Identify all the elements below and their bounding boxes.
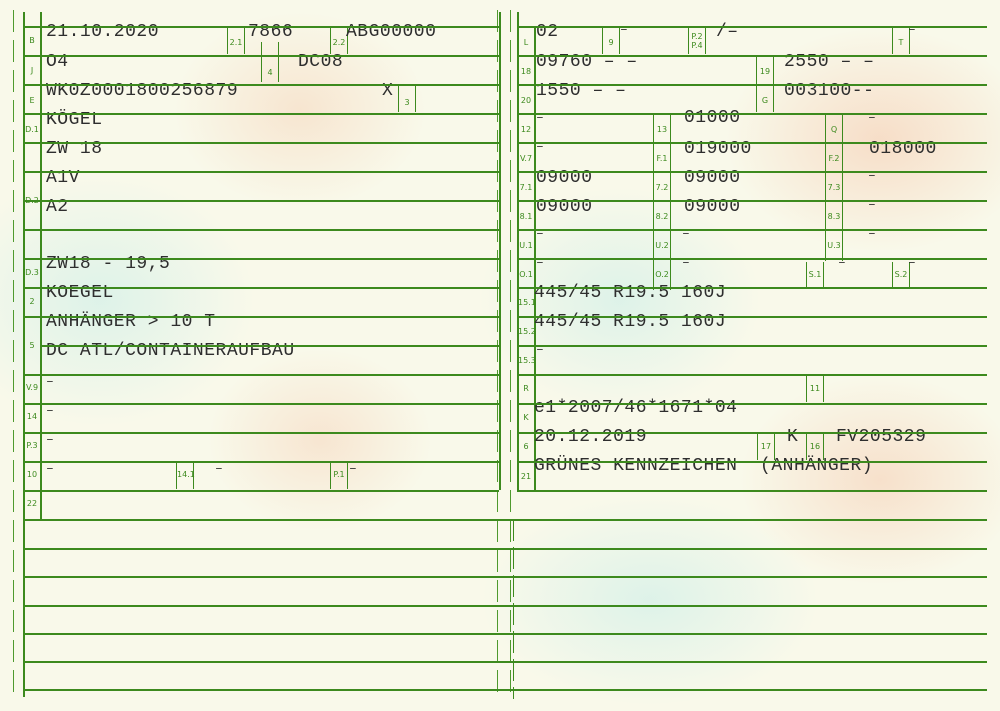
grid-line-left-8	[23, 258, 499, 260]
grid-line-right-14	[517, 432, 987, 434]
field-s1-value: –	[838, 253, 846, 273]
grid-line-left-13	[23, 432, 499, 434]
field-u2-value: –	[682, 224, 690, 244]
field-label-u2: U.2	[654, 241, 670, 250]
field-label-7-2: 7.2	[655, 183, 669, 192]
field-9-value: –	[620, 20, 628, 40]
grid-line-right-3	[517, 113, 987, 115]
field-label-d3: D.3	[24, 268, 40, 277]
field-label-v9: V.9	[24, 383, 40, 392]
field-label-22: 22	[25, 499, 39, 508]
field-k-type-approval: e1*2007/46*1671*04	[534, 398, 737, 418]
grid-line-left-14	[23, 461, 499, 463]
field-5-line-2: DC ATL/CONTAINERAUFBAU	[46, 341, 295, 361]
grid-line-right-8	[517, 258, 987, 260]
field-13-value: 01000	[684, 108, 741, 128]
field-label-2-2: 2.2	[332, 38, 346, 47]
field-v7-value: –	[536, 137, 544, 157]
field-17-value: K	[787, 427, 798, 447]
field-d3-commercial-name: ZW18 - 19,5	[46, 254, 170, 274]
grid-line-left-4	[23, 142, 499, 144]
field-label-12: 12	[519, 125, 533, 134]
grid-line-right-11	[517, 345, 987, 347]
frame-center-left	[499, 12, 501, 490]
field-label-f2: F.2	[827, 154, 841, 163]
grid-line-right-13	[517, 403, 987, 405]
grid-line-left-12	[23, 403, 499, 405]
field-label-10: 10	[25, 470, 39, 479]
field-t-value: –	[908, 20, 916, 40]
field-label-5: 5	[25, 341, 39, 350]
field-label-20: 20	[519, 96, 533, 105]
grid-line-left-11	[23, 374, 499, 376]
field-16-document-number: FV205329	[836, 427, 926, 447]
field-label-15-2: 15.2	[518, 327, 534, 336]
grid-line-bottom-1	[23, 548, 987, 550]
grid-line-bottom-4	[23, 633, 987, 635]
field-label-g: G	[758, 96, 772, 105]
grid-line-bottom-5	[23, 661, 987, 663]
grid-line-bottom-0	[23, 519, 987, 521]
field-label-4: 4	[263, 68, 277, 77]
field-label-d1: D.1	[24, 125, 40, 134]
bottom-center-divider	[513, 519, 514, 699]
field-label-21: 21	[519, 472, 533, 481]
field-o1-value: –	[536, 253, 544, 273]
field-b-first-registration-date: 21.10.2020	[46, 22, 159, 42]
field-label-j: J	[25, 66, 39, 75]
field-6-date: 20.12.2019	[534, 427, 647, 447]
grid-line-right-6	[517, 200, 987, 202]
left-margin-dash	[13, 10, 14, 700]
field-label-15-1: 15.1	[518, 298, 534, 307]
grid-line-right-2	[517, 84, 987, 86]
grid-line-right-12	[517, 374, 987, 376]
registration-document: B 21.10.2020 2.1 7866 2.2 ABG00000 J O4 …	[0, 0, 1000, 711]
grid-line-left-15	[23, 490, 499, 492]
field-15-3-value: –	[536, 340, 544, 360]
field-label-k: K	[519, 413, 533, 422]
field-o2-value: –	[682, 253, 690, 273]
field-label-u3: U.3	[826, 241, 842, 250]
field-l-axles: 02	[536, 22, 559, 42]
field-2-manufacturer: KOEGEL	[46, 283, 114, 303]
grid-line-left-1	[23, 55, 499, 57]
field-12-value: –	[536, 108, 544, 128]
field-label-u1: U.1	[518, 241, 534, 250]
field-label-6: 6	[519, 442, 533, 451]
field-label-8-1: 8.1	[518, 212, 534, 221]
field-u3-value: –	[868, 224, 876, 244]
field-p2-p4-value: /–	[716, 22, 739, 42]
field-label-8-2: 8.2	[655, 212, 669, 221]
field-label-11: 11	[808, 384, 822, 393]
field-label-o1: O.1	[518, 270, 534, 279]
grid-line-left-10	[23, 316, 499, 318]
field-label-7-1: 7.1	[518, 183, 534, 192]
field-label-b: B	[25, 36, 39, 45]
field-label-l: L	[519, 38, 533, 47]
grid-line-left-9	[23, 287, 499, 289]
field-2-1-manufacturer-code: 7866	[248, 22, 293, 42]
grid-line-left-7	[23, 229, 499, 231]
grid-line-left-3	[23, 113, 499, 115]
field-5-line-1: ANHÄNGER > 10 T	[46, 312, 216, 332]
grid-line-right-0	[517, 26, 987, 28]
grid-line-bottom-3	[23, 605, 987, 607]
field-q-value: –	[868, 108, 876, 128]
field-label-2-1: 2.1	[229, 38, 243, 47]
label-column-left	[40, 12, 42, 519]
grid-line-right-10	[517, 316, 987, 318]
field-7-3-value: –	[868, 166, 876, 186]
field-label-2: 2	[25, 297, 39, 306]
center-fold-dash-right	[510, 10, 511, 700]
field-15-2-tyres: 445/45 R19.5 160J	[534, 312, 726, 332]
field-label-18: 18	[519, 67, 533, 76]
field-label-3: 3	[400, 98, 414, 107]
field-label-14: 14	[25, 412, 39, 421]
grid-line-right-9	[517, 287, 987, 289]
field-label-q: Q	[827, 125, 841, 134]
field-15-1-tyres: 445/45 R19.5 160J	[534, 283, 726, 303]
grid-line-bottom-6	[23, 689, 987, 691]
field-label-p1: P.1	[331, 470, 347, 479]
field-label-r: R	[519, 384, 533, 393]
grid-line-bottom-2	[23, 576, 987, 578]
field-label-s1: S.1	[807, 270, 823, 279]
field-u1-value: –	[536, 224, 544, 244]
field-8-3-value: –	[868, 195, 876, 215]
grid-line-right-7	[517, 229, 987, 231]
field-label-p4: P.4	[689, 41, 705, 50]
field-21-remarks: GRÜNES KENNZEICHEN (ANHÄNGER)	[534, 456, 873, 476]
field-label-9: 9	[604, 38, 618, 47]
field-label-e: E	[25, 96, 39, 105]
grid-line-left-0	[23, 26, 499, 28]
grid-line-right-4	[517, 142, 987, 144]
grid-line-right-5	[517, 171, 987, 173]
field-2-2-type-code: ABG00000	[346, 22, 436, 42]
grid-line-left-6	[23, 200, 499, 202]
field-label-17: 17	[759, 442, 773, 451]
field-label-p2: P.2	[689, 32, 705, 41]
grid-line-right-1	[517, 55, 987, 57]
grid-line-left-5-sep	[40, 345, 499, 347]
field-s2-value: –	[908, 253, 916, 273]
grid-line-right-16	[517, 490, 987, 492]
grid-line-left-2	[23, 84, 499, 86]
field-label-15-3: 15.3	[518, 356, 534, 365]
field-label-7-3: 7.3	[827, 183, 841, 192]
field-label-f1: F.1	[655, 154, 669, 163]
field-label-p3: P.3	[24, 441, 40, 450]
field-label-s2: S.2	[893, 270, 909, 279]
field-label-14-1: 14.1	[177, 470, 193, 479]
field-label-13: 13	[655, 125, 669, 134]
grid-line-right-15	[517, 461, 987, 463]
field-label-8-3: 8.3	[827, 212, 841, 221]
field-label-16: 16	[808, 442, 822, 451]
field-label-v7: V.7	[518, 154, 534, 163]
field-label-19: 19	[758, 67, 772, 76]
field-label-o2: O.2	[654, 270, 670, 279]
field-label-t: T	[894, 38, 908, 47]
grid-line-left-5	[23, 171, 499, 173]
